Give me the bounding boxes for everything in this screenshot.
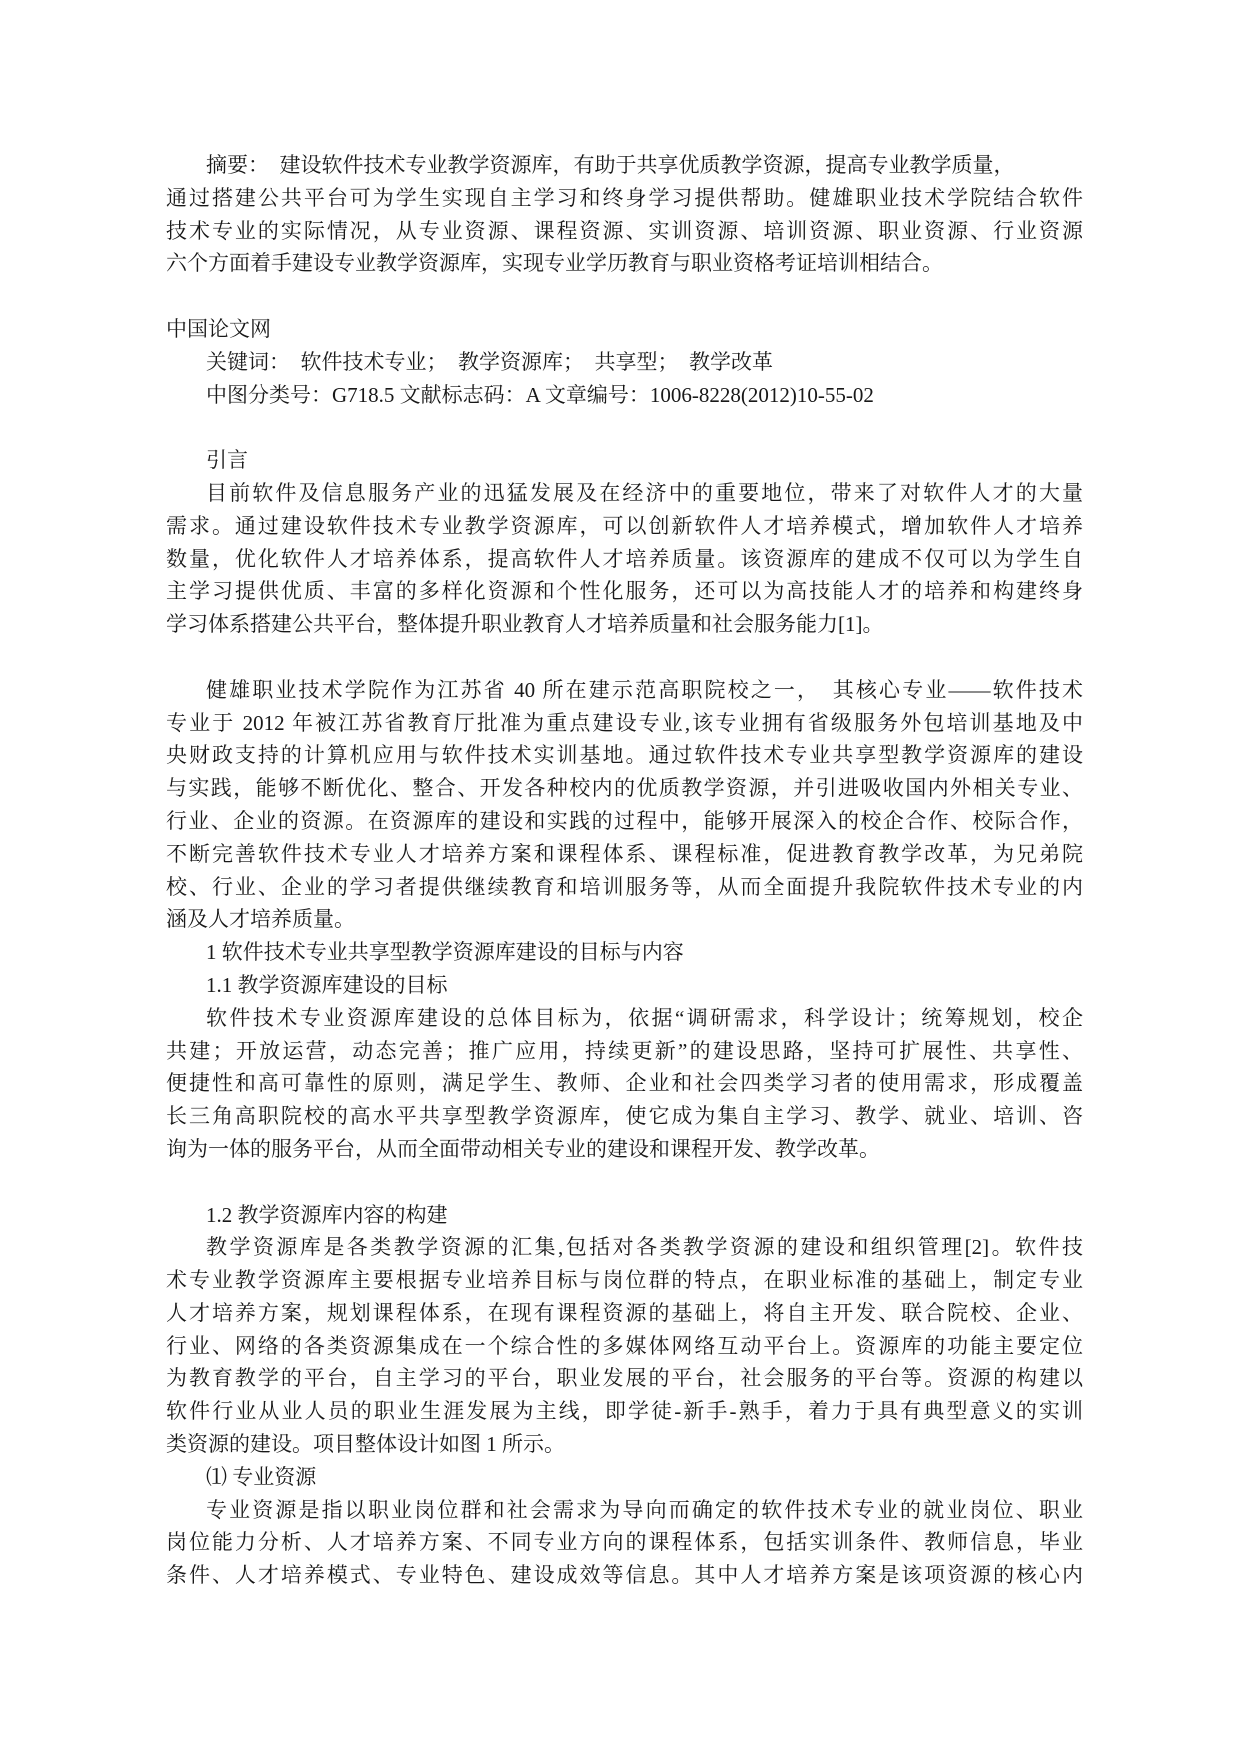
intro-line: 需求。通过建设软件技术专业教学资源库，可以创新软件人才培养模式，增加软件人才培养 [166,510,1083,543]
abstract-line: 通过搭建公共平台可为学生实现自主学习和终身学习提供帮助。健雄职业技术学院结合软件 [166,182,1083,215]
section-1-1-line: 共建；开放运营，动态完善；推广应用，持续更新”的建设思路，坚持可扩展性、共享性、 [166,1035,1083,1068]
intro-line: 目前软件及信息服务产业的迅猛发展及在经济中的重要地位，带来了对软件人才的大量 [166,477,1083,510]
document-body: 摘要： 建设软件技术专业教学资源库，有助于共享优质教学资源，提高专业教学质量， … [166,149,1083,1592]
blank-line [166,641,1083,674]
section-1-1-heading: 1.1 教学资源库建设的目标 [166,969,1083,1002]
section-1-2-line: 术专业教学资源库主要根据专业培养目标与岗位群的特点，在职业标准的基础上，制定专业 [166,1264,1083,1297]
section-1-2-line: 为教育教学的平台，自主学习的平台，职业发展的平台，社会服务的平台等。资源的构建以 [166,1362,1083,1395]
intro-line: 学习体系搭建公共平台，整体提升职业教育人才培养质量和社会服务能力[1]。 [166,608,1083,641]
item-1-line: 岗位能力分析、人才培养方案、不同专业方向的课程体系，包括实训条件、教师信息，毕业 [166,1526,1083,1559]
classification-line: 中图分类号：G718.5 文献标志码：A 文章编号：1006-8228(2012… [166,379,1083,412]
paragraph-line: 不断完善软件技术专业人才培养方案和课程体系、课程标准，促进教育教学改革，为兄弟院 [166,838,1083,871]
blank-line [166,280,1083,313]
abstract-line: 摘要： 建设软件技术专业教学资源库，有助于共享优质教学资源，提高专业教学质量， [166,149,1083,182]
paragraph-line: 与实践，能够不断优化、整合、开发各种校内的优质教学资源，并引进吸收国内外相关专业… [166,772,1083,805]
section-1-1-line: 便捷性和高可靠性的原则，满足学生、教师、企业和社会四类学习者的使用需求，形成覆盖 [166,1067,1083,1100]
paragraph-line: 专业于 2012 年被江苏省教育厅批准为重点建设专业,该专业拥有省级服务外包培训… [166,707,1083,740]
keywords-line: 关键词： 软件技术专业； 教学资源库； 共享型； 教学改革 [166,346,1083,379]
section-1-1-line: 长三角高职院校的高水平共享型教学资源库，使它成为集自主学习、教学、就业、培训、咨 [166,1100,1083,1133]
document-page: 摘要： 建设软件技术专业教学资源库，有助于共享优质教学资源，提高专业教学质量， … [0,0,1241,1754]
paragraph-line: 行业、企业的资源。在资源库的建设和实践的过程中，能够开展深入的校企合作、校际合作… [166,805,1083,838]
abstract-line: 技术专业的实际情况，从专业资源、课程资源、实训资源、培训资源、职业资源、行业资源 [166,215,1083,248]
section-1-2-line: 教学资源库是各类教学资源的汇集,包括对各类教学资源的建设和组织管理[2]。软件技 [166,1231,1083,1264]
blank-line [166,1166,1083,1199]
abstract-line: 六个方面着手建设专业教学资源库，实现专业学历教育与职业资格考证培训相结合。 [166,247,1083,280]
paragraph-line: 健雄职业技术学院作为江苏省 40 所在建示范高职院校之一， 其核心专业——软件技… [166,674,1083,707]
section-1-heading: 1 软件技术专业共享型教学资源库建设的目标与内容 [166,936,1083,969]
intro-line: 数量，优化软件人才培养体系，提高软件人才培养质量。该资源库的建成不仅可以为学生自 [166,543,1083,576]
intro-line: 主学习提供优质、丰富的多样化资源和个性化服务，还可以为高技能人才的培养和构建终身 [166,575,1083,608]
intro-heading: 引言 [166,444,1083,477]
section-1-2-line: 软件行业从业人员的职业生涯发展为主线，即学徒-新手-熟手，着力于具有典型意义的实… [166,1395,1083,1428]
paragraph-line: 央财政支持的计算机应用与软件技术实训基地。通过软件技术专业共享型教学资源库的建设 [166,739,1083,772]
paragraph-line: 涵及人才培养质量。 [166,903,1083,936]
section-1-2-heading: 1.2 教学资源库内容的构建 [166,1199,1083,1232]
paragraph-line: 校、行业、企业的学习者提供继续教育和培训服务等，从而全面提升我院软件技术专业的内 [166,871,1083,904]
blank-line [166,411,1083,444]
section-1-1-line: 软件技术专业资源库建设的总体目标为，依据“调研需求，科学设计；统筹规划，校企 [166,1002,1083,1035]
item-1-heading: ⑴ 专业资源 [166,1461,1083,1494]
item-1-line: 专业资源是指以职业岗位群和社会需求为导向而确定的软件技术专业的就业岗位、职业 [166,1494,1083,1527]
item-1-line: 条件、人才培养模式、专业特色、建设成效等信息。其中人才培养方案是该项资源的核心内 [166,1559,1083,1592]
section-1-1-line: 询为一体的服务平台，从而全面带动相关专业的建设和课程开发、教学改革。 [166,1133,1083,1166]
section-1-2-line: 类资源的建设。项目整体设计如图 1 所示。 [166,1428,1083,1461]
site-name: 中国论文网 [166,313,1083,346]
section-1-2-line: 人才培养方案，规划课程体系，在现有课程资源的基础上，将自主开发、联合院校、企业、 [166,1297,1083,1330]
section-1-2-line: 行业、网络的各类资源集成在一个综合性的多媒体网络互动平台上。资源库的功能主要定位 [166,1330,1083,1363]
